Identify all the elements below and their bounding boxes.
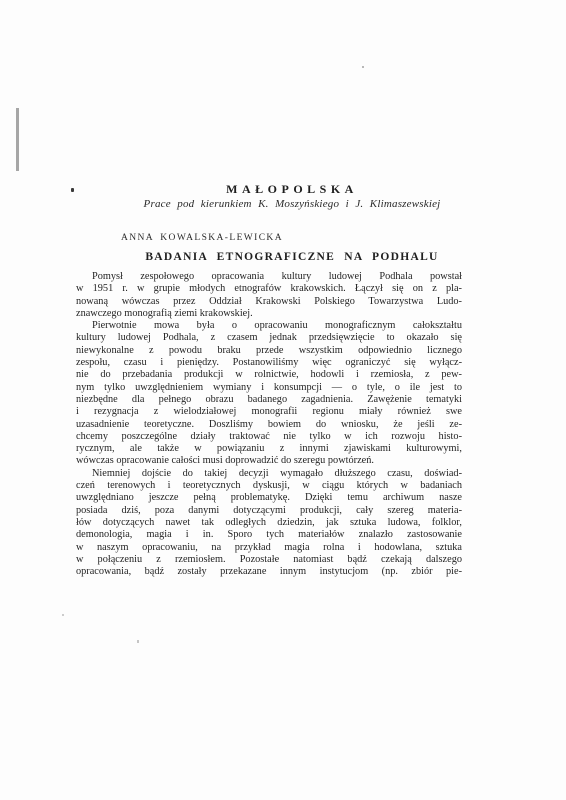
text-line: nym tylko uwzględnieniem wymiany i konsu…: [76, 382, 462, 394]
text-line: opracowania, bądź zostały przekazane inn…: [76, 566, 462, 578]
text-line: uwzględniano jeszcze pełną problematykę.…: [76, 492, 462, 504]
text-line: zespołu, czasu i pieniędzy. Postanowiliś…: [76, 357, 462, 369]
text-line: Pomysł zespołowego opracowania kultury l…: [76, 271, 462, 283]
scan-artifact-speck: [71, 188, 74, 192]
series-title: MAŁOPOLSKA: [92, 183, 492, 195]
author-name: ANNA KOWALSKA-LEWICKA: [121, 233, 283, 243]
text-line: rycznym, ale także w powiązaniu z innymi…: [76, 443, 462, 455]
scan-artifact-speck: [362, 66, 364, 68]
series-subtitle: Prace pod kierunkiem K. Moszyńskiego i J…: [92, 198, 492, 211]
text-line: demonologia, magia i in. Sporo tych mate…: [76, 529, 462, 541]
scanned-page: MAŁOPOLSKA Prace pod kierunkiem K. Moszy…: [0, 0, 566, 800]
text-line: w 1951 r. w grupie młodych etnografów kr…: [76, 283, 462, 295]
text-line: posiada dziś, poza danymi dotyczącymi pr…: [76, 505, 462, 517]
text-line: Niemniej dojście do takiej decyzji wymag…: [76, 468, 462, 480]
text-line: czeń terenowych i teoretycznych dyskusji…: [76, 480, 462, 492]
text-line: nowaną wówczas przez Oddział Krakowski P…: [76, 296, 462, 308]
article-body: Pomysł zespołowego opracowania kultury l…: [76, 271, 462, 578]
text-line: wówczas opracowanie całości musi doprowa…: [76, 455, 462, 467]
text-line: chcemy poszczególne działy traktować nie…: [76, 431, 462, 443]
scan-artifact-speck: [137, 640, 139, 643]
text-line: uzasadnienie teoretyczne. Doszliśmy bowi…: [76, 419, 462, 431]
text-line: Pierwotnie mowa była o opracowaniu monog…: [76, 320, 462, 332]
text-line: i rezygnacja z wielodziałowej monografii…: [76, 406, 462, 418]
text-line: niewykonalne z powodu braku przede wszys…: [76, 345, 462, 357]
text-line: kultury ludowej Podhala, z czasem jednak…: [76, 332, 462, 344]
scan-artifact-bar: [16, 108, 19, 171]
text-line: nie do przebadania produkcji w rolnictwi…: [76, 369, 462, 381]
series-header: MAŁOPOLSKA Prace pod kierunkiem K. Moszy…: [92, 183, 492, 211]
scan-artifact-speck: [62, 614, 64, 616]
text-line: niezbędne dla pełnego obrazu badanego za…: [76, 394, 462, 406]
article-title: BADANIA ETNOGRAFICZNE NA PODHALU: [92, 251, 492, 263]
text-line: w połączeniu z rzemiosłem. Pozostałe nat…: [76, 554, 462, 566]
text-line: znawczego monografią ziemi krakowskiej.: [76, 308, 462, 320]
text-line: łów dotyczących nawet tak odległych dzie…: [76, 517, 462, 529]
text-line: w naszym opracowaniu, na przykład magia …: [76, 542, 462, 554]
